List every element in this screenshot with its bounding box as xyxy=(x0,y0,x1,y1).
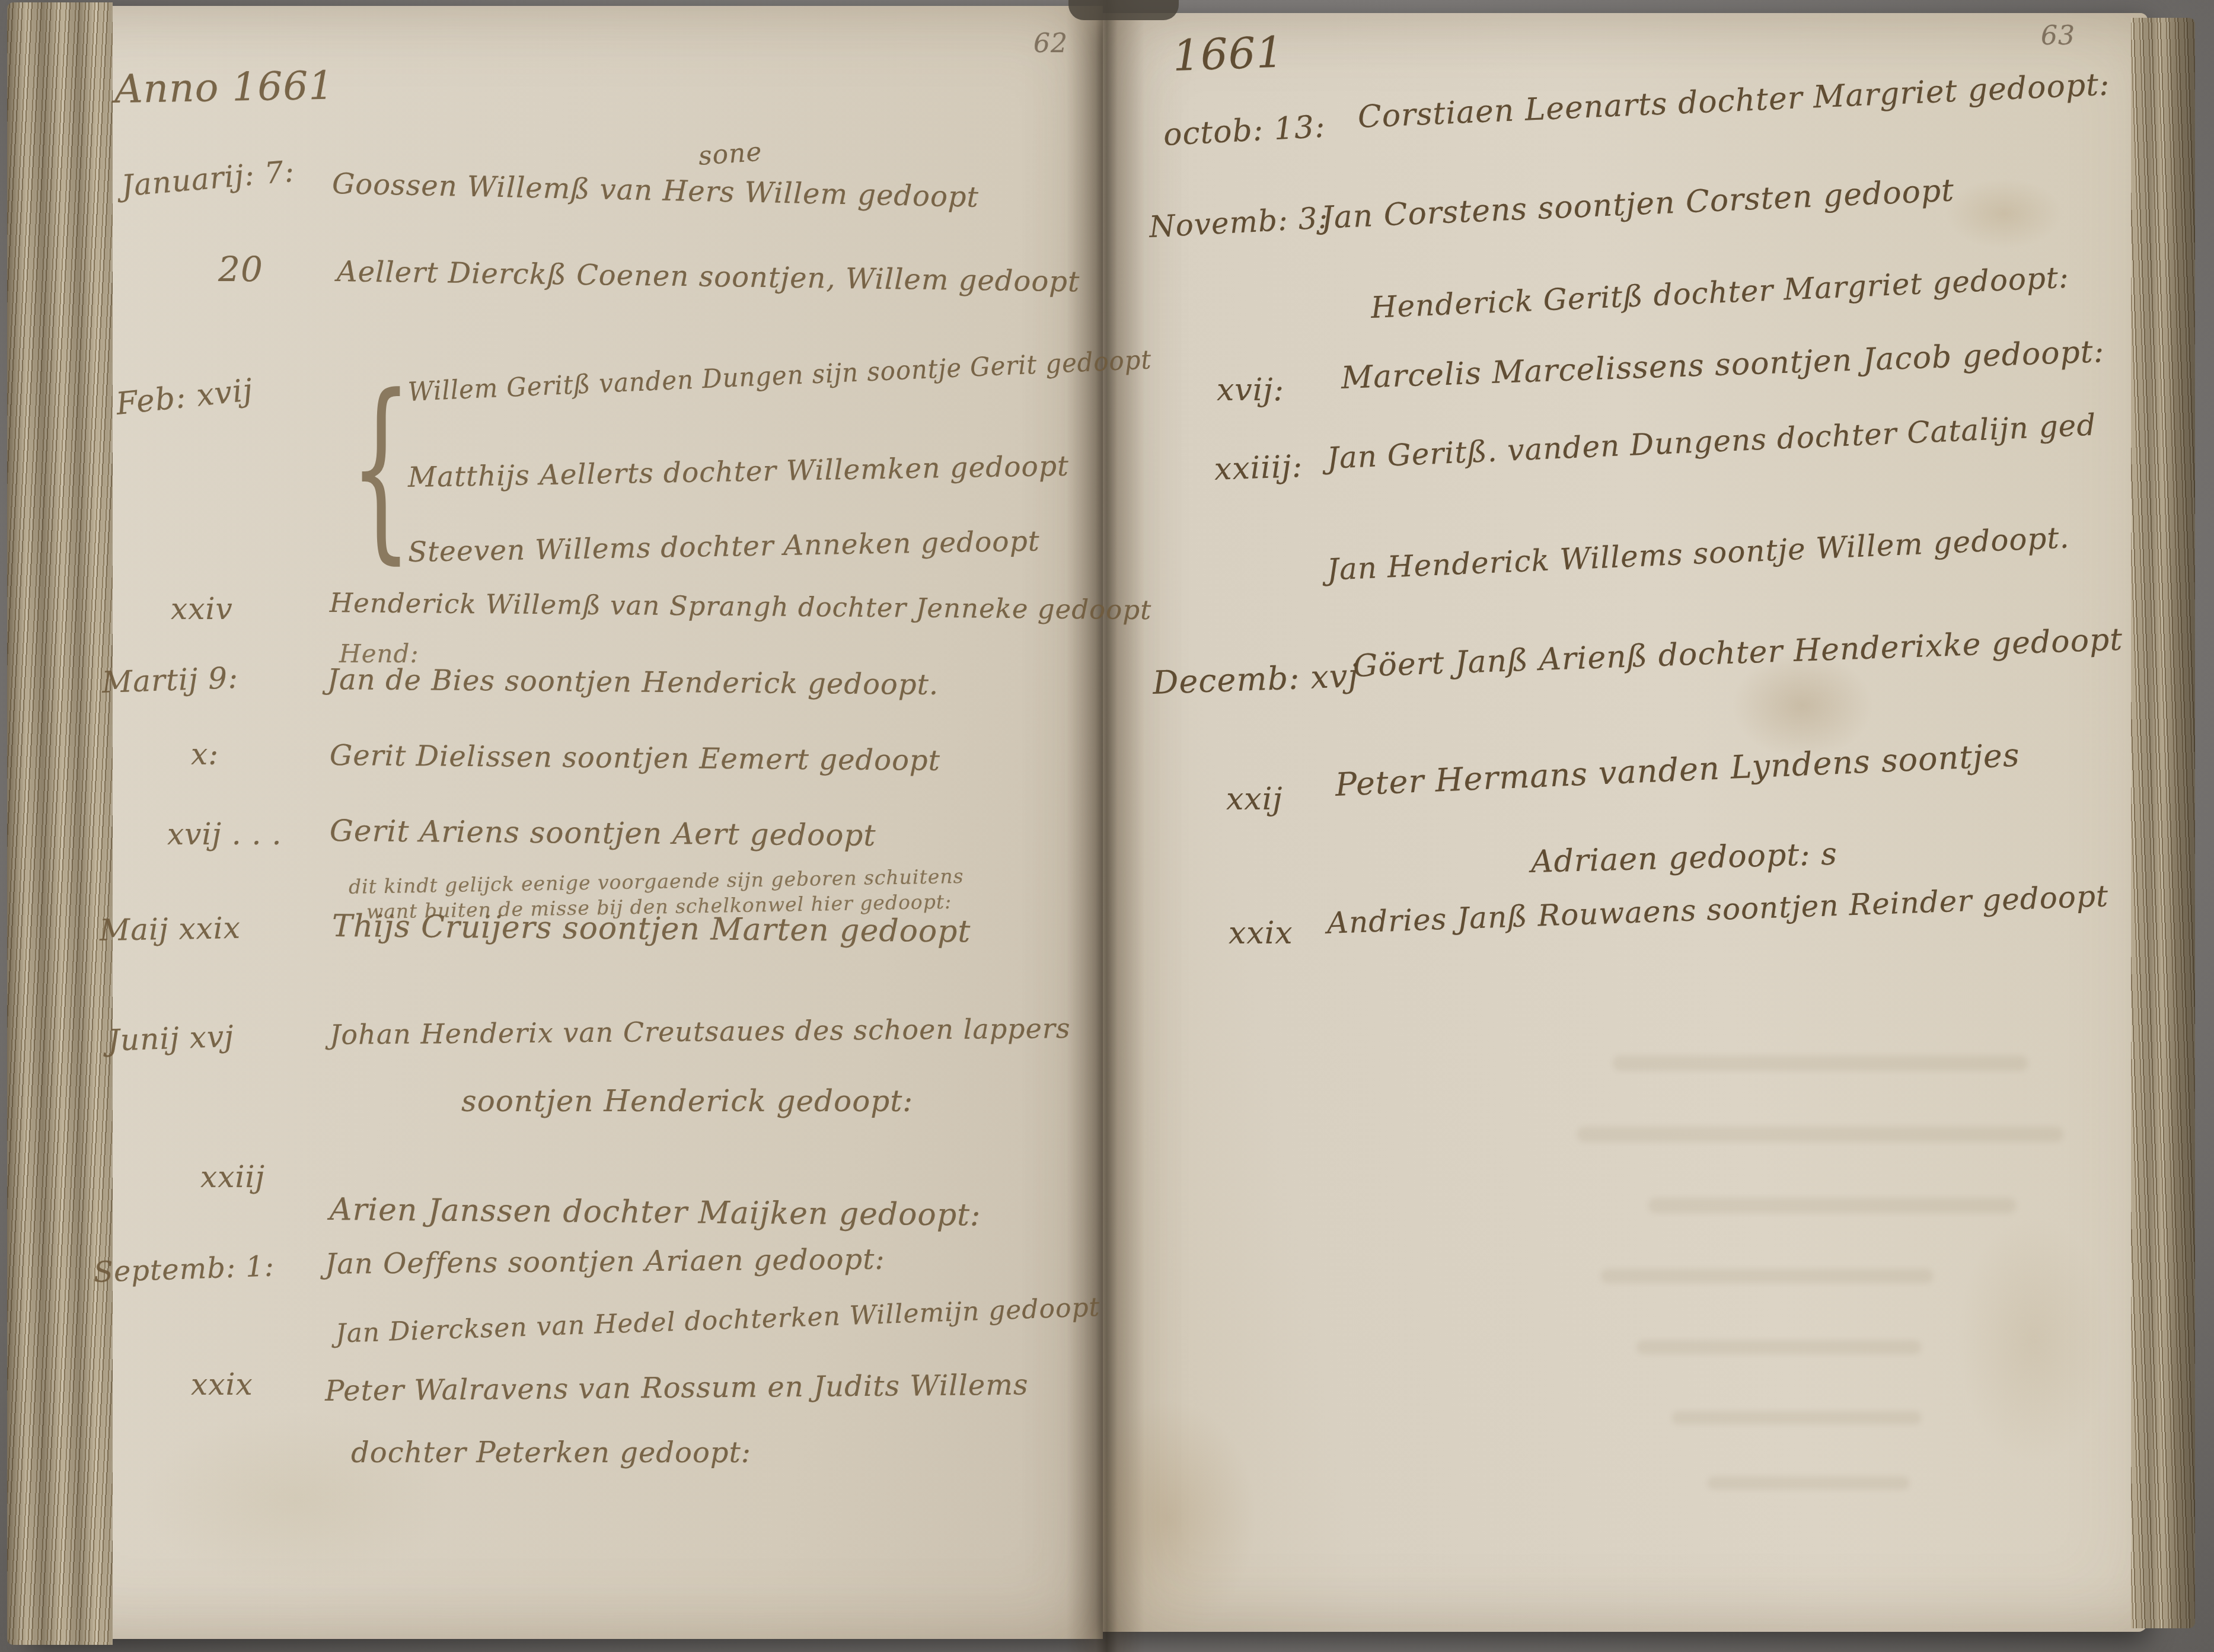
entry-date: xxix xyxy=(1229,916,1293,951)
page-number-left: 62 xyxy=(1033,28,1068,59)
entry-date: xxiij xyxy=(200,1160,265,1194)
entry-date: xxix xyxy=(191,1367,253,1402)
entry-text: Gerit Dielissen soontjen Eemert gedoopt xyxy=(330,739,940,777)
entry-date: x: xyxy=(191,737,219,771)
book-binding-edge-left xyxy=(7,2,113,1645)
entry-text: Peter Walravens van Rossum en Judits Wil… xyxy=(325,1369,1029,1408)
book-fore-edge-right xyxy=(2131,18,2195,1628)
entry-date: Junij xvj xyxy=(107,1019,235,1058)
entry-date: xxij xyxy=(1226,782,1283,817)
entry-text: Johan Henderix van Creutsaues des schoen… xyxy=(330,1012,1071,1051)
manuscript-photo: 62 Anno 1661 sone Januarij: 7: Goossen W… xyxy=(0,0,2214,1652)
entry-text: Jan de Bies soontjen Henderick gedoopt. xyxy=(327,663,939,701)
entry-text: soontjen Henderick gedoopt: xyxy=(461,1084,913,1118)
entry-text: Gerit Ariens soontjen Aert gedoopt xyxy=(330,814,876,853)
entry-text: Thijs Cruijers soontjen Marten gedoopt xyxy=(332,908,971,949)
right-page xyxy=(1103,13,2148,1632)
entry-text: Arien Janssen dochter Maijken gedoopt: xyxy=(330,1192,981,1233)
entry-date: Maij xxix xyxy=(99,911,241,948)
entry-date: xxiiij: xyxy=(1214,449,1303,487)
entry-date: xvij: xyxy=(1217,372,1284,408)
entry-date: Martij 9: xyxy=(101,661,239,700)
entry-text: dochter Peterken gedoopt: xyxy=(351,1436,751,1469)
page-gutter xyxy=(1066,0,1144,1652)
entry-text: Jan Oeffens soontjen Ariaen gedoopt: xyxy=(325,1243,885,1281)
page-number-right: 63 xyxy=(2041,21,2075,51)
gutter-top-gap xyxy=(1068,0,1179,20)
inserted-word: sone xyxy=(697,137,763,171)
entry-date: 20 xyxy=(218,249,263,289)
entry-brace: { xyxy=(350,353,412,581)
entry-date: Decemb: xvj xyxy=(1152,657,1359,701)
left-page-heading: Anno 1661 xyxy=(114,63,334,112)
entry-date: xxiv xyxy=(171,592,233,626)
right-page-heading: 1661 xyxy=(1172,27,1285,80)
entry-date: Septemb: 1: xyxy=(93,1249,275,1289)
entry-date: xvij . . . xyxy=(167,817,282,851)
